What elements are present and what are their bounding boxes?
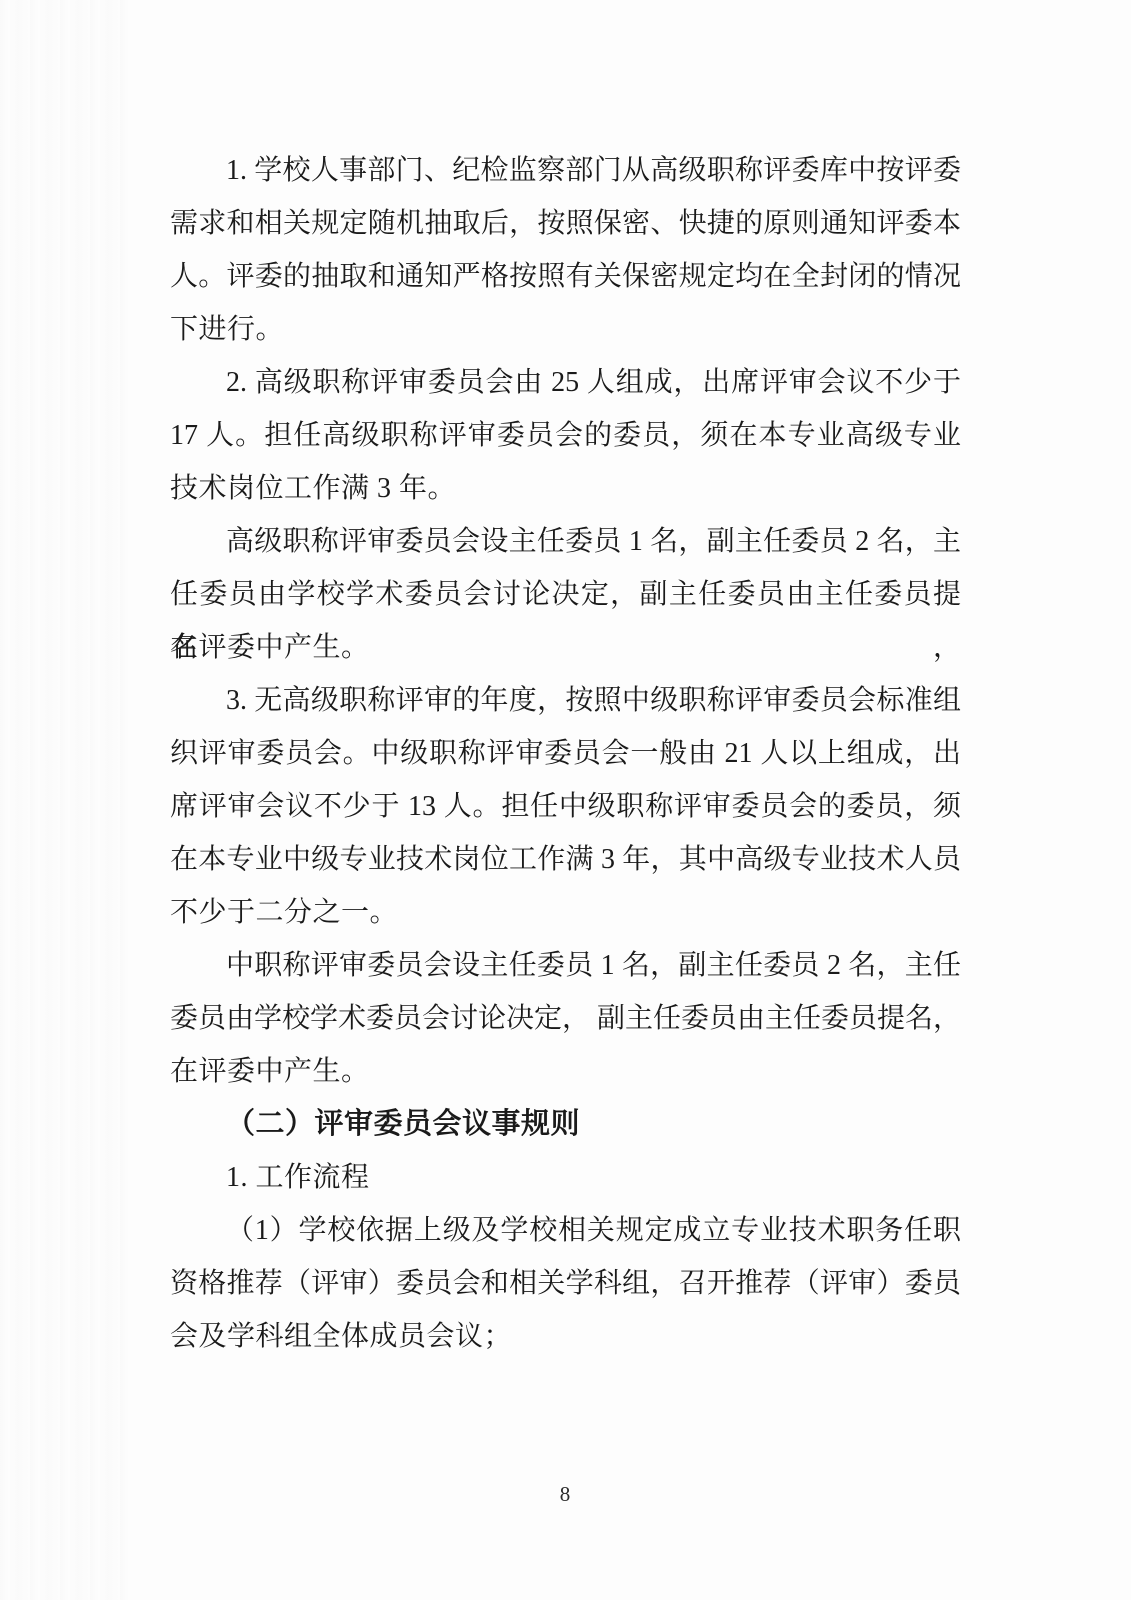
text-line: 在评委中产生。 bbox=[170, 1045, 961, 1098]
text-line: 织评审委员会。中级职称评审委员会一般由 21 人以上组成，出 bbox=[170, 727, 961, 780]
paragraph-5: 中职称评审委员会设主任委员 1 名，副主任委员 2 名，主任委员由学校学术委员会… bbox=[170, 939, 961, 1098]
text-line: 3. 无高级职称评审的年度，按照中级职称评审委员会标准组 bbox=[170, 674, 961, 727]
text-line: 任委员由学校学术委员会讨论决定，副主任委员由主任委员提名， bbox=[170, 568, 961, 621]
text-line: 在本专业中级专业技术岗位工作满 3 年，其中高级专业技术人员 bbox=[170, 833, 961, 886]
page-number: 8 bbox=[560, 1482, 572, 1506]
text-line: 1. 学校人事部门、纪检监察部门从高级职称评委库中按评委 bbox=[170, 144, 961, 197]
paragraph-7: （1）学校依据上级及学校相关规定成立专业技术职务任职资格推荐（评审）委员会和相关… bbox=[170, 1204, 961, 1363]
paragraph-1: 1. 学校人事部门、纪检监察部门从高级职称评委库中按评委需求和相关规定随机抽取后… bbox=[170, 144, 961, 356]
text-line: 委员由学校学术委员会讨论决定， 副主任委员由主任委员提名， bbox=[170, 992, 961, 1045]
paragraph-4: 3. 无高级职称评审的年度，按照中级职称评审委员会标准组织评审委员会。中级职称评… bbox=[170, 674, 961, 939]
text-line: 技术岗位工作满 3 年。 bbox=[170, 462, 961, 515]
text-line: 不少于二分之一。 bbox=[170, 886, 961, 939]
paragraph-2: 2. 高级职称评审委员会由 25 人组成，出席评审会议不少于17 人。担任高级职… bbox=[170, 356, 961, 515]
text-line: 17 人。担任高级职称评审委员会的委员，须在本专业高级专业 bbox=[170, 409, 961, 462]
text-line: 会及学科组全体成员会议； bbox=[170, 1310, 961, 1363]
document-body: 1. 学校人事部门、纪检监察部门从高级职称评委库中按评委需求和相关规定随机抽取后… bbox=[170, 144, 961, 1363]
text-line: 资格推荐（评审）委员会和相关学科组，召开推荐（评审）委员 bbox=[170, 1257, 961, 1310]
text-line: 1. 工作流程 bbox=[170, 1151, 961, 1204]
text-line: 高级职称评审委员会设主任委员 1 名，副主任委员 2 名，主 bbox=[170, 515, 961, 568]
text-line: 中职称评审委员会设主任委员 1 名，副主任委员 2 名，主任 bbox=[170, 939, 961, 992]
text-line: 需求和相关规定随机抽取后，按照保密、快捷的原则通知评委本 bbox=[170, 197, 961, 250]
heading-line: （二）评审委员会议事规则 bbox=[170, 1098, 961, 1151]
scan-noise-texture bbox=[0, 0, 130, 1600]
text-line: 2. 高级职称评审委员会由 25 人组成，出席评审会议不少于 bbox=[170, 356, 961, 409]
paragraph-3: 高级职称评审委员会设主任委员 1 名，副主任委员 2 名，主任委员由学校学术委员… bbox=[170, 515, 961, 674]
document-page: 1. 学校人事部门、纪检监察部门从高级职称评委库中按评委需求和相关规定随机抽取后… bbox=[0, 0, 1131, 1600]
text-line: 下进行。 bbox=[170, 303, 961, 356]
paragraph-6: 1. 工作流程 bbox=[170, 1151, 961, 1204]
text-line: 席评审会议不少于 13 人。担任中级职称评审委员会的委员，须 bbox=[170, 780, 961, 833]
heading-section-2: （二）评审委员会议事规则 bbox=[170, 1098, 961, 1151]
text-line: （1）学校依据上级及学校相关规定成立专业技术职务任职 bbox=[170, 1204, 961, 1257]
page-footer: 8 bbox=[0, 1482, 1131, 1507]
text-line: 人。评委的抽取和通知严格按照有关保密规定均在全封闭的情况 bbox=[170, 250, 961, 303]
